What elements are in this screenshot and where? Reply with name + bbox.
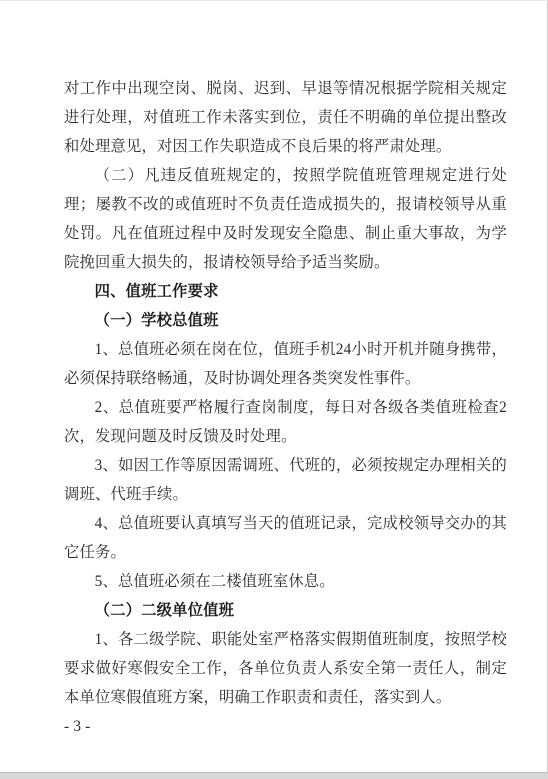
page-bottom-edge (0, 772, 548, 779)
document-page: 对工作中出现空岗、脱岗、迟到、早退等情况根据学院相关规定进行处理，对值班工作未落… (0, 0, 548, 772)
paragraph-continuation: 对工作中出现空岗、脱岗、迟到、早退等情况根据学院相关规定进行处理，对值班工作未落… (64, 74, 507, 161)
page-content: 对工作中出现空岗、脱岗、迟到、早退等情况根据学院相关规定进行处理，对值班工作未落… (64, 74, 507, 741)
list-item-2: 2、总值班要严格履行查岗制度，每日对各级各类值班检查2次，发现问题及时反馈及时处… (64, 393, 507, 451)
subsection-heading-1: （一）学校总值班 (64, 306, 507, 335)
list-item-1: 1、总值班必须在岗在位，值班手机24小时开机并随身携带，必须保持联络畅通，及时协… (64, 335, 507, 393)
section-heading-4: 四、值班工作要求 (64, 277, 507, 306)
paragraph-item-2: （二）凡违反值班规定的，按照学院值班管理规定进行处理；屡教不改的或值班时不负责任… (64, 161, 507, 277)
page-number: - 3 - (64, 712, 507, 741)
list-item-6: 1、各二级学院、职能处室严格落实假期值班制度，按照学校要求做好寒假安全工作，各单… (64, 625, 507, 712)
subsection-heading-2: （二）二级单位值班 (64, 596, 507, 625)
document-viewport: 对工作中出现空岗、脱岗、迟到、早退等情况根据学院相关规定进行处理，对值班工作未落… (0, 0, 548, 779)
list-item-4: 4、总值班要认真填写当天的值班记录，完成校领导交办的其它任务。 (64, 509, 507, 567)
list-item-5: 5、总值班必须在二楼值班室休息。 (64, 567, 507, 596)
list-item-3: 3、如因工作等原因需调班、代班的，必须按规定办理相关的调班、代班手续。 (64, 451, 507, 509)
